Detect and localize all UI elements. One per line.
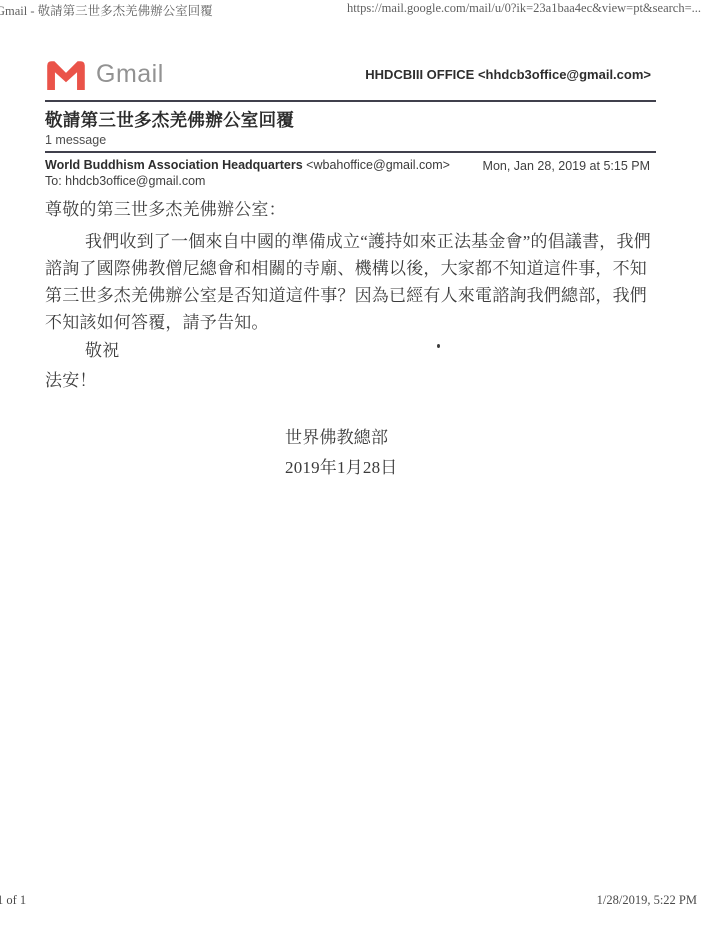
body-line: 不知該如何答覆，請予告知。	[45, 309, 670, 336]
gmail-m-icon	[45, 59, 87, 90]
body-closing-wish: 敬祝	[45, 337, 703, 364]
divider-subject	[45, 151, 656, 153]
sender-email: <wbahoffice@gmail.com>	[306, 158, 450, 172]
email-subject: 敬請第三世多杰羌佛辦公室回覆	[45, 107, 294, 132]
body-closing-blessing: 法安！	[45, 367, 670, 394]
recipient-line: To: hhdcb3office@gmail.com	[45, 174, 205, 188]
scan-artifact-dot	[437, 344, 440, 348]
gmail-wordmark: Gmail	[96, 60, 164, 89]
gmail-logo: Gmail	[45, 59, 164, 90]
message-date: Mon, Jan 28, 2019 at 5:15 PM	[483, 159, 650, 173]
body-line: 我們收到了一個來自中國的準備成立“護持如來正法基金會”的倡議書，我們	[45, 228, 703, 255]
message-count: 1 message	[45, 133, 106, 147]
body-line: 諮詢了國際佛教僧尼總會和相關的寺廟、機構以後，大家都不知道這件事，不知	[45, 255, 670, 282]
body-salutation: 尊敬的第三世多杰羌佛辦公室：	[45, 196, 670, 223]
print-header-title: Gmail - 敬請第三世多杰羌佛辦公室回覆	[0, 1, 213, 19]
signature-name: 世界佛教總部	[285, 424, 703, 451]
page-number: 1 of 1	[0, 893, 26, 908]
divider-top	[45, 100, 656, 102]
print-footer: 1 of 1 1/28/2019, 5:22 PM	[0, 893, 703, 909]
sender-name: World Buddhism Association Headquarters	[45, 158, 303, 172]
signature-date: 2019年1月28日	[285, 454, 703, 481]
body-line: 第三世多杰羌佛辦公室是否知道這件事？因為已經有人來電諮詢我們總部，我們	[45, 282, 670, 309]
printed-gmail-page: { "print_header": { "left": "Gmail - 敬請第…	[0, 0, 703, 927]
print-header: Gmail - 敬請第三世多杰羌佛辦公室回覆 https://mail.goog…	[0, 1, 703, 17]
account-email: HHDCBIII OFFICE <hhdcb3office@gmail.com>	[365, 67, 651, 82]
print-timestamp: 1/28/2019, 5:22 PM	[597, 893, 697, 908]
message-from-row: World Buddhism Association Headquarters …	[45, 158, 656, 172]
print-header-url: https://mail.google.com/mail/u/0?ik=23a1…	[347, 1, 701, 16]
